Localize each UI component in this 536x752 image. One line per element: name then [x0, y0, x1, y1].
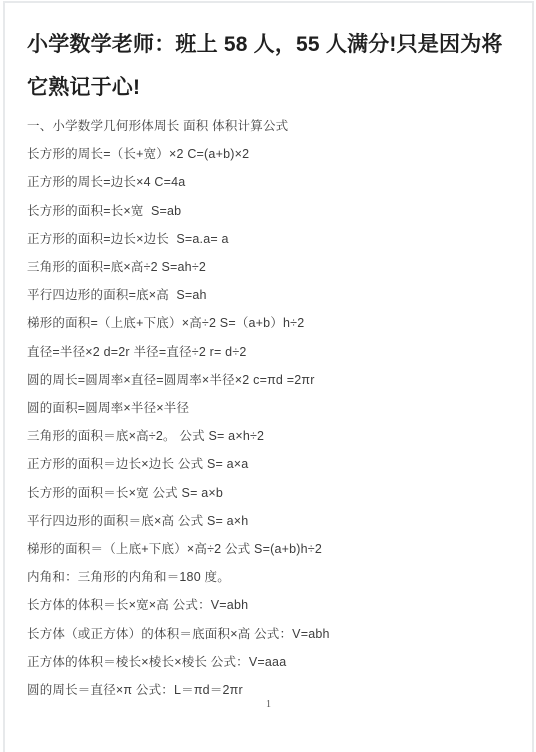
page-title: 小学数学老师：班上 58 人，55 人满分!只是因为将它熟记于心!	[27, 23, 520, 109]
formula-line: 长方形的面积=长×宽 S=ab	[27, 197, 520, 225]
formula-line: 正方形的周长=边长×4 C=4a	[27, 168, 520, 196]
formula-line: 内角和：三角形的内角和＝180 度。	[27, 563, 520, 591]
formula-line: 平行四边形的面积=底×高 S=ah	[27, 281, 520, 309]
formula-line: 三角形的面积=底×高÷2 S=ah÷2	[27, 253, 520, 281]
formula-line: 三角形的面积＝底×高÷2。 公式 S= a×h÷2	[27, 422, 520, 450]
formula-line: 平行四边形的面积＝底×高 公式 S= a×h	[27, 507, 520, 535]
formula-line: 长方体（或正方体）的体积＝底面积×高 公式：V=abh	[27, 620, 520, 648]
document-viewport: 小学数学老师：班上 58 人，55 人满分!只是因为将它熟记于心! 一、小学数学…	[0, 0, 536, 752]
formula-line: 圆的面积=圆周率×半径×半径	[27, 394, 520, 422]
formula-line: 梯形的面积＝（上底+下底）×高÷2 公式 S=(a+b)h÷2	[27, 535, 520, 563]
section-heading: 一、小学数学几何形体周长 面积 体积计算公式	[27, 112, 520, 140]
formula-line: 梯形的面积=（上底+下底）×高÷2 S=（a+b）h÷2	[27, 309, 520, 337]
formula-line: 正方体的体积＝棱长×棱长×棱长 公式：V=aaa	[27, 648, 520, 676]
formula-line: 长方体的体积＝长×宽×高 公式：V=abh	[27, 591, 520, 619]
formula-list: 长方形的周长=（长+宽）×2 C=(a+b)×2正方形的周长=边长×4 C=4a…	[27, 140, 520, 704]
page-content: 小学数学老师：班上 58 人，55 人满分!只是因为将它熟记于心! 一、小学数学…	[5, 23, 532, 704]
page-number: 1	[5, 699, 532, 710]
formula-line: 长方形的周长=（长+宽）×2 C=(a+b)×2	[27, 140, 520, 168]
formula-line: 正方形的面积=边长×边长 S=a.a= a	[27, 225, 520, 253]
formula-line: 长方形的面积＝长×宽 公式 S= a×b	[27, 479, 520, 507]
formula-line: 正方形的面积＝边长×边长 公式 S= a×a	[27, 450, 520, 478]
formula-line: 圆的周长=圆周率×直径=圆周率×半径×2 c=πd =2πr	[27, 366, 520, 394]
formula-line: 直径=半径×2 d=2r 半径=直径÷2 r= d÷2	[27, 338, 520, 366]
document-page: 小学数学老师：班上 58 人，55 人满分!只是因为将它熟记于心! 一、小学数学…	[3, 1, 534, 752]
